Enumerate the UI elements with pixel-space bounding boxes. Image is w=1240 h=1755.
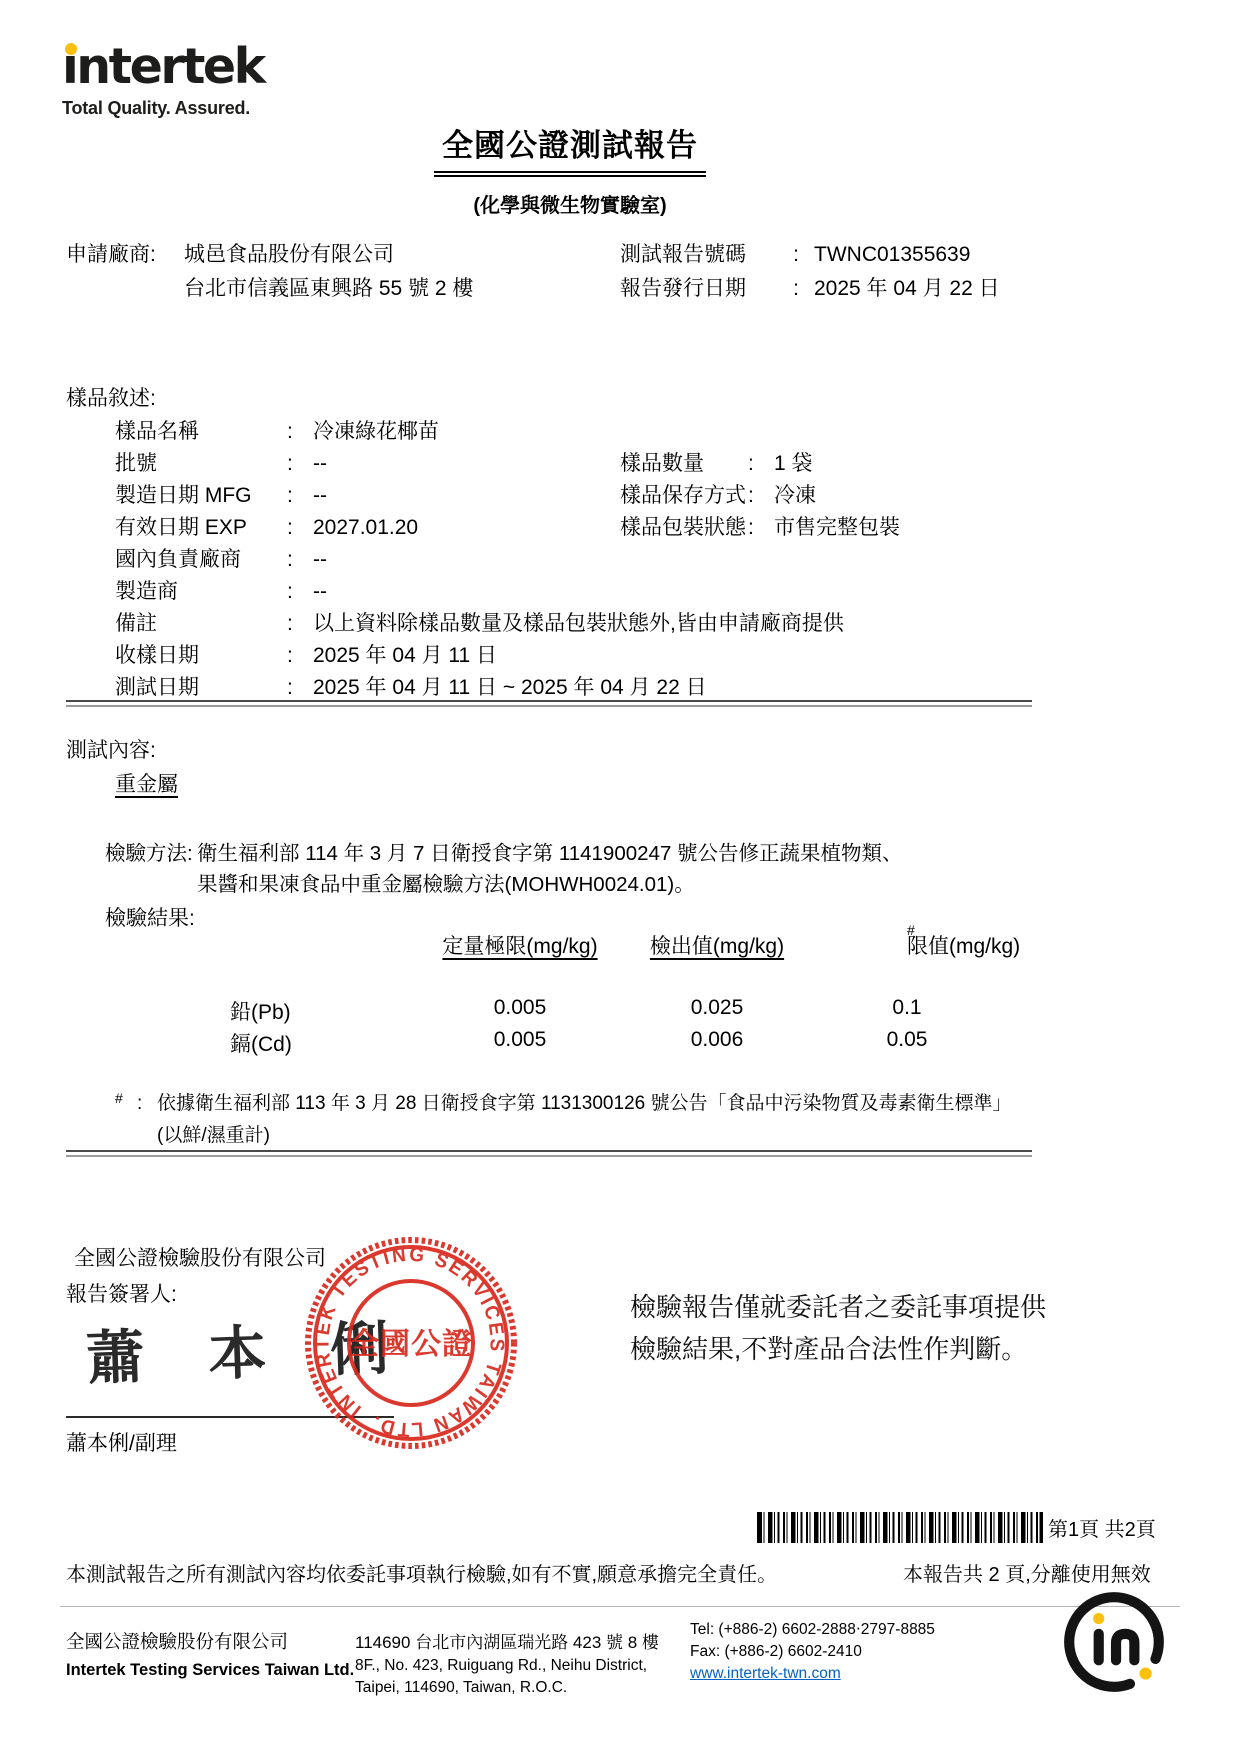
responsibility-statement: 本測試報告之所有測試內容均依委託事項執行檢驗,如有不實,願意承擔完全責任。 (66, 1558, 777, 1587)
sample-side-value: 1 袋 (774, 452, 813, 475)
report-no-label: 測試報告號碼 (620, 238, 778, 272)
test-section-title: 測試內容: (66, 735, 156, 767)
sample-side-row: 樣品包裝狀態:市售完整包裝 (620, 511, 900, 541)
intertek-circle-mark (1058, 1586, 1170, 1698)
sample-value: 2027.01.20 (313, 516, 418, 539)
footnote-line2: (以鮮/濕重計) (115, 1120, 1011, 1152)
page-indicator: 第1頁 共2頁 (1048, 1513, 1156, 1542)
intertek-logo: intertek Total Quality. Assured. (62, 38, 264, 119)
company-stamp: INTERTEK TESTING SERVICES TAIWAN LTD. 全國… (300, 1232, 522, 1454)
sample-rows: 樣品名稱:冷凍綠花椰苗 批號:-- 製造日期 MFG:-- 有效日期 EXP:2… (115, 415, 844, 703)
footer-company-block: 全國公證檢驗股份有限公司 Intertek Testing Services T… (66, 1628, 354, 1680)
footnote-marker: # (115, 1082, 137, 1114)
limit-value: 0.1 (812, 996, 1002, 1020)
report-title-block: 全國公證測試報告 (化學與微生物實驗室) (0, 120, 1140, 218)
sample-section-title: 樣品敘述: (66, 383, 156, 415)
disclaimer-line2: 檢驗結果,不對產品合法性作判斷。 (630, 1328, 1046, 1370)
applicant-block: 申請廠商:城邑食品股份有限公司 台北市信義區東興路 55 號 2 樓 (66, 238, 473, 306)
issue-date-value: 2025 年 04 月 22 日 (814, 277, 1000, 300)
sample-row: 樣品名稱:冷凍綠花椰苗 (115, 415, 844, 447)
logo-yellow-dot-icon (65, 43, 77, 55)
sample-row: 備註:以上資料除樣品數量及樣品包裝狀態外,皆由申請廠商提供 (115, 607, 844, 639)
footnote-block: #:依據衛生福利部 113 年 3 月 28 日衛授食字第 1131300126… (115, 1082, 1011, 1152)
test-method-block: 檢驗方法: 衛生福利部 114 年 3 月 7 日衛授食字第 114190024… (105, 838, 1117, 900)
sample-value: -- (313, 580, 327, 603)
sample-row: 製造商:-- (115, 575, 844, 607)
footer-fax: Fax: (+886-2) 6602-2410 (690, 1643, 935, 1661)
sample-side-value: 市售完整包裝 (774, 516, 900, 539)
barcode (757, 1512, 1043, 1543)
sample-side-row: 樣品保存方式:冷凍 (620, 479, 816, 509)
report-no-value: TWNC01355639 (814, 243, 970, 266)
applicant-name: 城邑食品股份有限公司 (184, 243, 394, 266)
colon: : (778, 238, 814, 272)
footer-website-link[interactable]: www.intertek-twn.com (690, 1665, 935, 1683)
applicant-row: 申請廠商:城邑食品股份有限公司 (66, 238, 473, 272)
sample-value: 以上資料除樣品數量及樣品包裝狀態外,皆由申請廠商提供 (313, 612, 844, 635)
loq-value: 0.005 (425, 1028, 615, 1052)
sample-side-value: 冷凍 (774, 484, 816, 507)
sample-value: -- (313, 548, 327, 571)
sample-value: -- (313, 484, 327, 507)
footer-company-zh: 全國公證檢驗股份有限公司 (66, 1628, 354, 1654)
detected-value: 0.006 (622, 1028, 812, 1052)
signer-name-title: 蕭本俐/副理 (66, 1428, 177, 1460)
analyte-name: 鎘(Cd) (230, 1028, 380, 1058)
disclaimer-line1: 檢驗報告僅就委託者之委託事項提供 (630, 1286, 1046, 1328)
footer-address-en1: 8F., No. 423, Ruiguang Rd., Neihu Distri… (355, 1657, 659, 1675)
colon: : (137, 1088, 157, 1120)
footer-address-zh: 114690 台北市內湖區瑞光路 423 號 8 樓 (355, 1628, 659, 1653)
section-divider (66, 700, 1032, 707)
limit-footnote-marker: # (907, 922, 915, 938)
sample-side-row: 樣品數量:1 袋 (620, 447, 813, 477)
sample-value: 2025 年 04 月 11 日 ~ 2025 年 04 月 22 日 (313, 676, 707, 699)
method-text-line: 果醬和果凍食品中重金屬檢驗方法(MOHWH0024.01)。 (197, 869, 1117, 900)
stamp-center-text: 全國公證 (349, 1328, 473, 1361)
applicant-address: 台北市信義區東興路 55 號 2 樓 (66, 272, 473, 306)
mark-yellow-dot-bottom (1139, 1667, 1151, 1679)
footer-address-block: 114690 台北市內湖區瑞光路 423 號 8 樓 8F., No. 423,… (355, 1628, 659, 1697)
signer-label: 報告簽署人: (66, 1279, 177, 1311)
footer-divider (60, 1606, 1180, 1607)
disclaimer-block: 檢驗報告僅就委託者之委託事項提供 檢驗結果,不對產品合法性作判斷。 (630, 1286, 1046, 1370)
sample-row: 測試日期:2025 年 04 月 11 日 ~ 2025 年 04 月 22 日 (115, 671, 844, 703)
pages-validity-note: 本報告共 2 頁,分離使用無效 (903, 1558, 1151, 1587)
section-divider (66, 1150, 1032, 1157)
results-table: 定量極限(mg/kg) 檢出值(mg/kg) 限值(mg/kg)# 鉛(Pb) … (0, 930, 1040, 1070)
report-title: 全國公證測試報告 (434, 120, 706, 173)
report-subtitle: (化學與微生物實驗室) (0, 189, 1140, 218)
intertek-wordmark: intertek (62, 38, 264, 95)
analyte-group: 重金屬 (115, 769, 178, 801)
sample-value: 2025 年 04 月 11 日 (313, 644, 497, 667)
column-header-loq: 定量極限(mg/kg) (425, 930, 615, 960)
intertek-logo-text: intertek (62, 38, 264, 96)
mark-yellow-dot-top (1093, 1613, 1104, 1624)
sample-row: 收樣日期:2025 年 04 月 11 日 (115, 639, 844, 671)
limit-value: 0.05 (812, 1028, 1002, 1052)
footer-tel: Tel: (+886-2) 6602-2888‧2797-8885 (690, 1620, 935, 1639)
mark-letter-n (1116, 1634, 1134, 1660)
column-header-detected: 檢出值(mg/kg) (622, 930, 812, 960)
issue-date-label: 報告發行日期 (620, 272, 778, 306)
method-label: 檢驗方法: (105, 838, 193, 869)
footer-contact-block: Tel: (+886-2) 6602-2888‧2797-8885 Fax: (… (690, 1620, 935, 1687)
logo-tagline: Total Quality. Assured. (62, 98, 264, 119)
applicant-label: 申請廠商: (66, 238, 184, 272)
footer-address-en2: Taipei, 114690, Taiwan, R.O.C. (355, 1679, 659, 1697)
detected-value: 0.025 (622, 996, 812, 1020)
loq-value: 0.005 (425, 996, 615, 1020)
method-text-line: 衛生福利部 114 年 3 月 7 日衛授食字第 1141900247 號公告修… (197, 838, 1117, 869)
report-no-row: 測試報告號碼:TWNC01355639 (620, 238, 1000, 272)
sample-value: -- (313, 452, 327, 475)
colon: : (778, 272, 814, 306)
footer-company-en: Intertek Testing Services Taiwan Ltd. (66, 1661, 354, 1680)
issuer-company-name: 全國公證檢驗股份有限公司 (74, 1243, 326, 1275)
sample-row: 國內負責廠商:-- (115, 543, 844, 575)
report-meta-block: 測試報告號碼:TWNC01355639 報告發行日期:2025 年 04 月 2… (620, 238, 1000, 306)
sample-value: 冷凍綠花椰苗 (313, 420, 439, 443)
footnote-line1: #:依據衛生福利部 113 年 3 月 28 日衛授食字第 1131300126… (115, 1082, 1011, 1120)
footnote-text: 依據衛生福利部 113 年 3 月 28 日衛授食字第 1131300126 號… (157, 1093, 1011, 1114)
test-report-page: intertek Total Quality. Assured. 全國公證測試報… (0, 0, 1240, 1755)
analyte-name: 鉛(Pb) (230, 996, 380, 1026)
issue-date-row: 報告發行日期:2025 年 04 月 22 日 (620, 272, 1000, 306)
